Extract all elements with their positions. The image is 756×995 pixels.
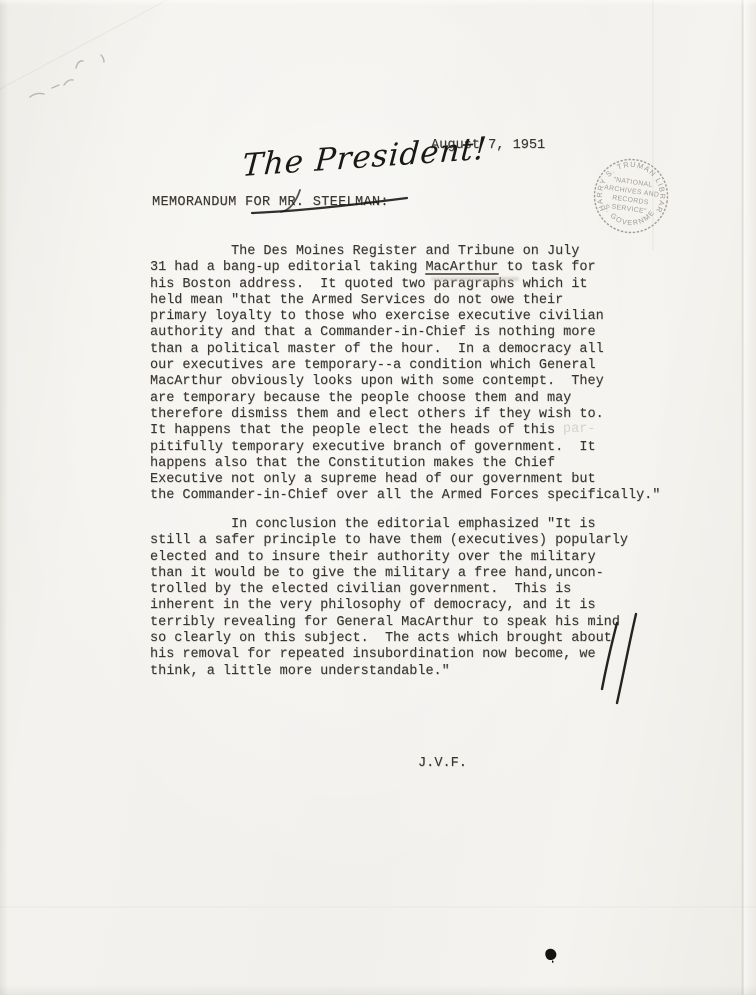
memo-page: August 7, 1951 MEMORANDUM FOR MR. STEELM… xyxy=(0,0,756,995)
pencil-scribble xyxy=(0,0,756,995)
